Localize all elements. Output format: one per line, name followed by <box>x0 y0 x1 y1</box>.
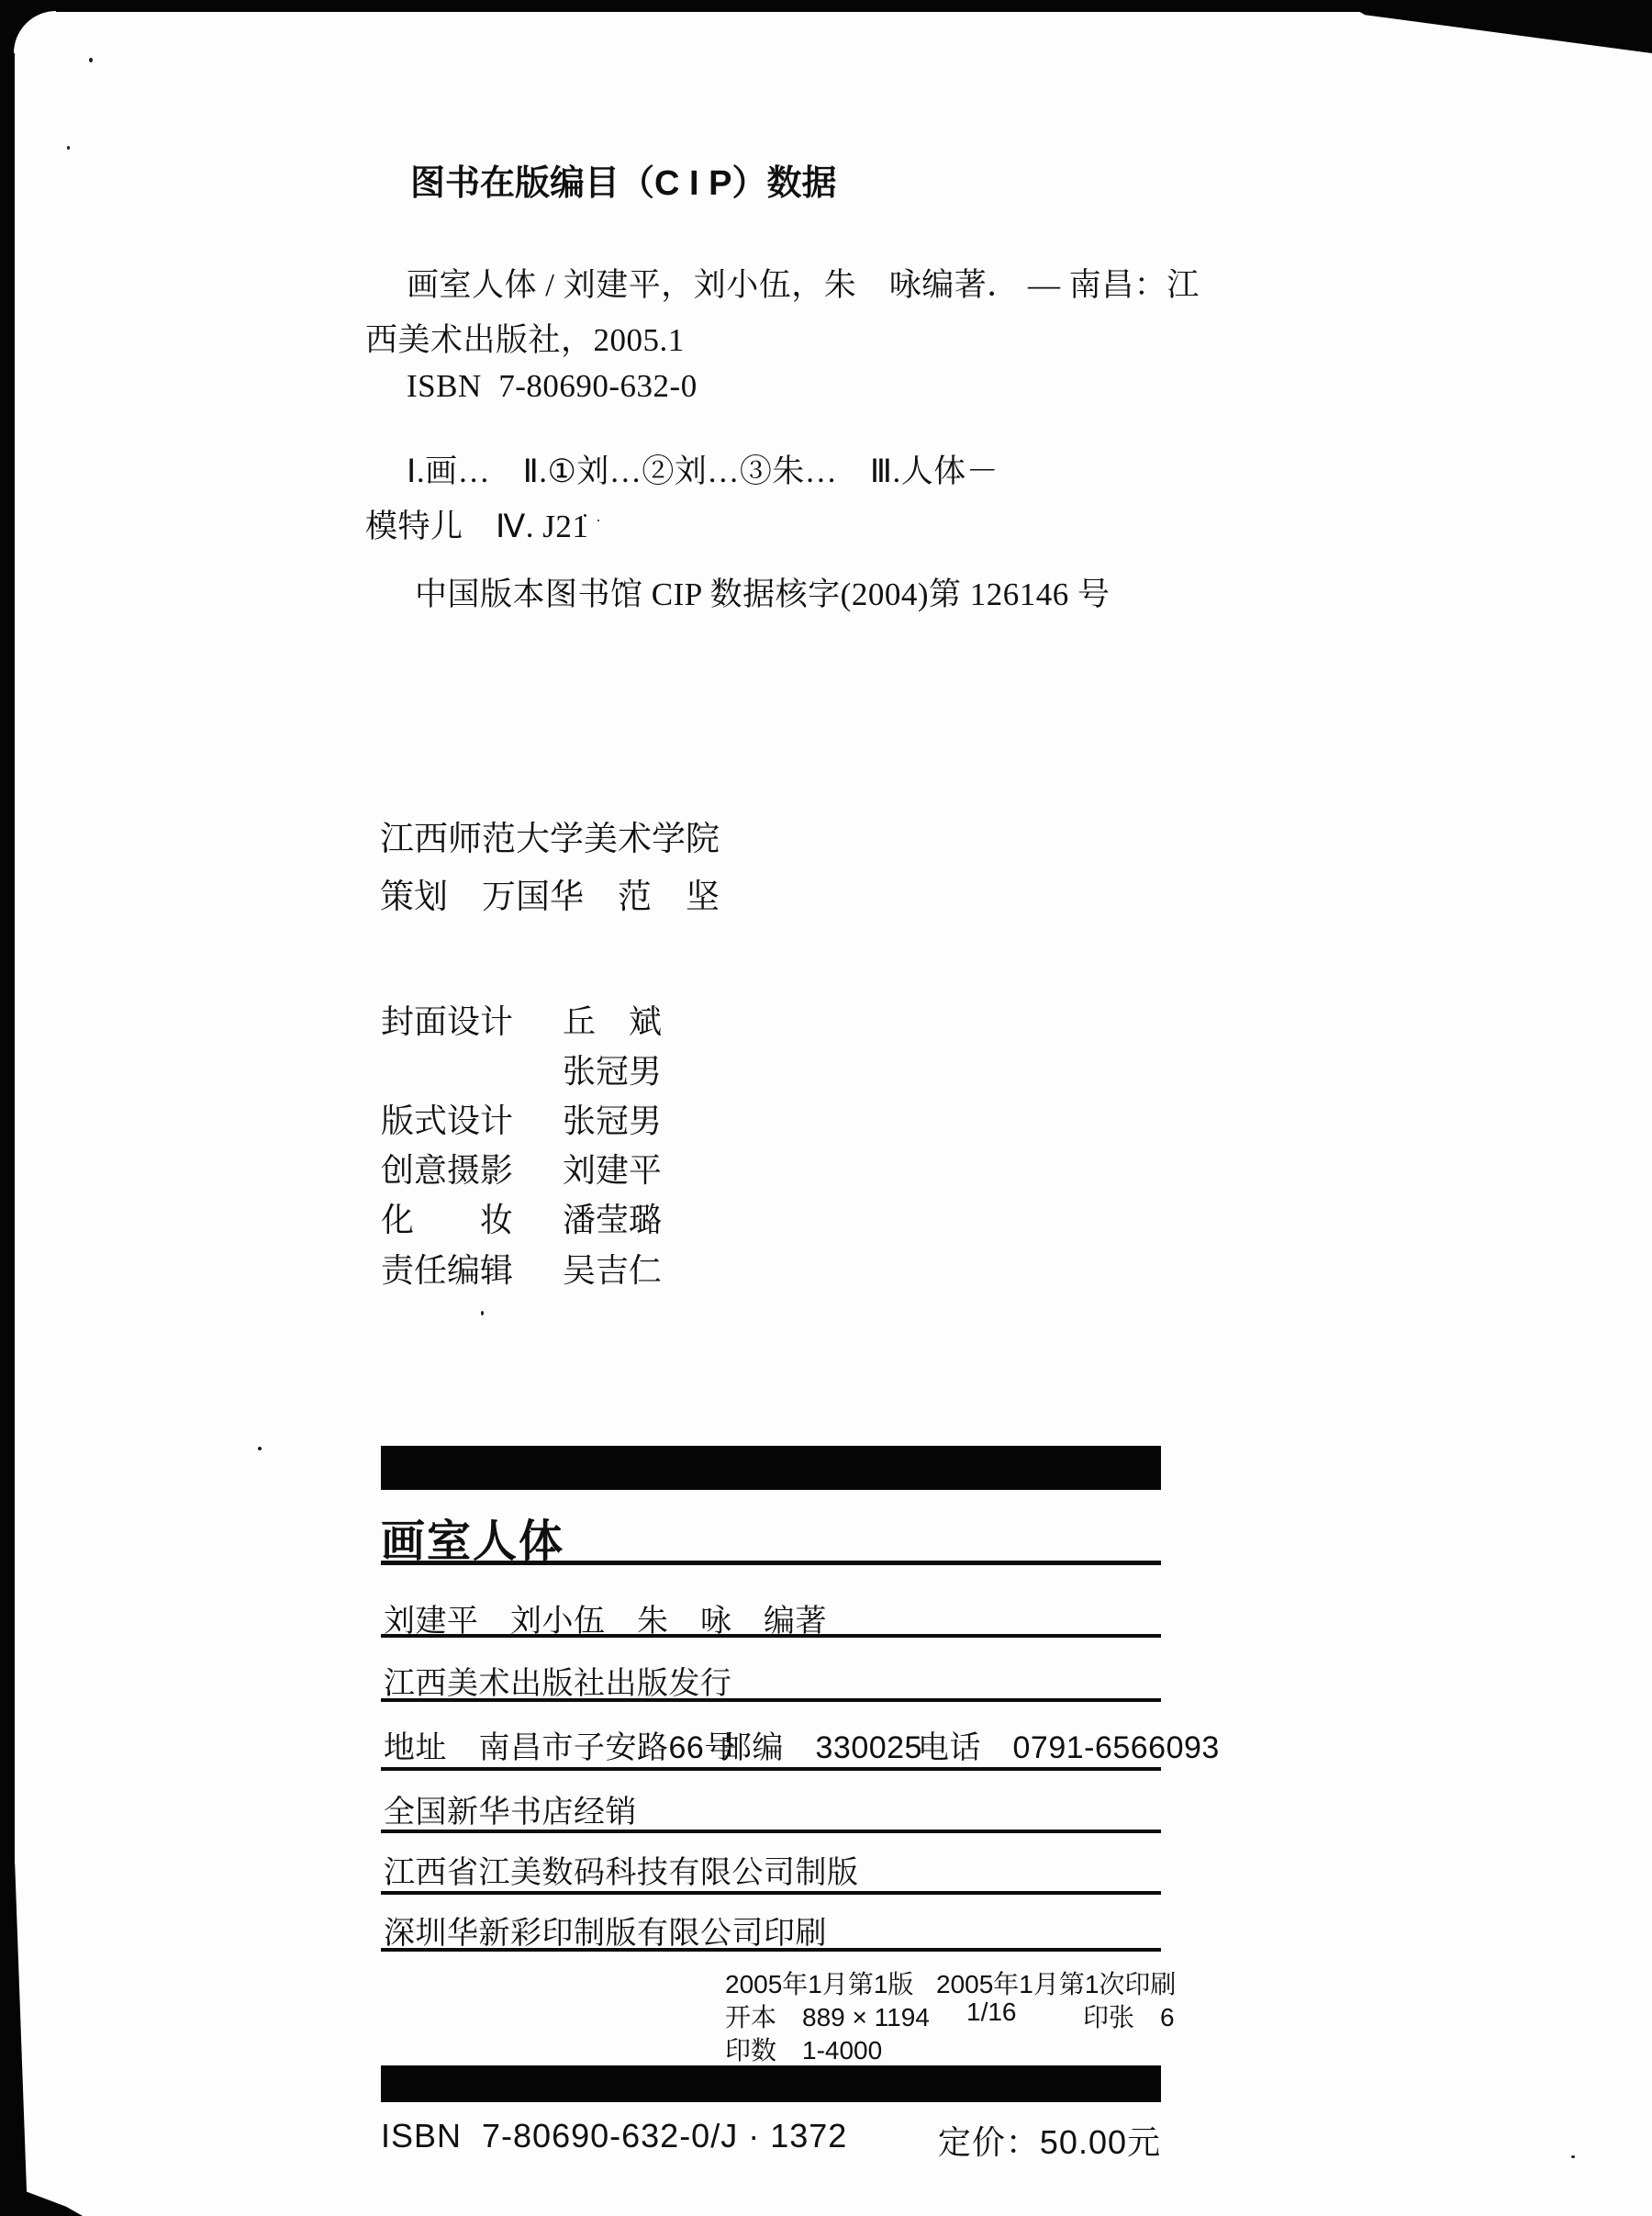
credit-label: 化 妆 <box>381 1194 563 1241</box>
credit-label: 封面设计 <box>381 996 563 1043</box>
credit-label: 版式设计 <box>381 1095 563 1142</box>
print-run: 印数 1-4000 <box>725 2031 882 2067</box>
colophon-black-bar-bottom <box>381 2065 1161 2102</box>
edition: 2005年1月第1版 <box>725 1964 913 2001</box>
publisher-address: 地址 南昌市子安路66号 <box>384 1722 736 1767</box>
credit-row-cover-design: 封面设计 丘 斌 <box>381 996 662 1043</box>
divider-rule <box>381 1767 1161 1771</box>
scan-corner-top-left <box>14 11 56 53</box>
divider-rule <box>381 1561 1161 1565</box>
cip-entry-line-1: 画室人体 / 刘建平，刘小伍，朱 咏编著． — 南昌：江 <box>407 260 1200 306</box>
credit-row-makeup: 化 妆 潘莹璐 <box>381 1194 662 1241</box>
price: 定价：50.00元 <box>938 2117 1161 2164</box>
publisher-postcode: 邮编 330025 <box>720 1722 922 1767</box>
credit-row-editor: 责任编辑 吴吉仁 <box>381 1245 662 1292</box>
isbn-code: ISBN 7-80690-632-0/J · 1372 <box>381 2117 847 2155</box>
colophon-distribution: 全国新华书店经销 <box>384 1786 637 1831</box>
credit-row-photography: 创意摄影 刘建平 <box>381 1145 662 1192</box>
colophon-black-bar-top <box>381 1446 1161 1490</box>
scan-edge-top-right-wedge <box>1340 0 1652 53</box>
fraction: 1/16 <box>966 1998 1017 2027</box>
credit-name: 张冠男 <box>563 1046 662 1092</box>
divider-rule <box>381 1891 1161 1895</box>
credit-label: 责任编辑 <box>381 1245 563 1292</box>
planning-line: 策划 万国华 范 坚 <box>380 868 720 918</box>
credit-name: 吴吉仁 <box>563 1245 662 1292</box>
credit-label: 创意摄影 <box>381 1145 563 1192</box>
divider-rule <box>381 1698 1161 1702</box>
cip-entry-line-2: 西美术出版社，2005.1 <box>365 315 685 361</box>
credit-row-layout-design: 版式设计 张冠男 <box>381 1095 662 1142</box>
cip-isbn: ISBN 7-80690-632-0 <box>407 368 698 405</box>
scan-blob-bottom-left <box>0 2185 83 2216</box>
divider-rule <box>381 1948 1161 1952</box>
publisher-telephone: 电话 0791-6566093 <box>918 1722 1220 1767</box>
college-line: 江西师范大学美术学院 <box>380 811 720 860</box>
divider-rule <box>381 1830 1161 1833</box>
scan-speck <box>67 146 70 150</box>
scan-speck <box>89 58 93 62</box>
cip-classification-line-2: 模特儿 Ⅳ. J21 <box>365 501 588 547</box>
cip-classification-line-1: Ⅰ.画… Ⅱ.①刘…②刘…③朱… Ⅲ.人体－ <box>407 446 999 492</box>
cip-record-number: 中国版本图书馆 CIP 数据核字(2004)第 126146 号 <box>415 569 1110 615</box>
cip-heading: 图书在版编目（C I P）数据 <box>410 154 836 205</box>
divider-rule <box>381 1634 1161 1638</box>
credit-row-cover-design-2: 张冠男 <box>381 1046 662 1092</box>
scan-page: 图书在版编目（C I P）数据 画室人体 / 刘建平，刘小伍，朱 咏编著． — … <box>0 0 1652 2216</box>
credit-name: 刘建平 <box>563 1145 662 1192</box>
scan-edge-left-bottom <box>0 1863 28 2216</box>
credit-label <box>381 1046 563 1092</box>
credit-name: 丘 斌 <box>563 996 662 1043</box>
scan-speck <box>597 520 599 521</box>
credit-name: 潘莹璐 <box>563 1194 662 1241</box>
impression: 2005年1月第1次印刷 <box>936 1964 1176 2001</box>
credit-name: 张冠男 <box>563 1095 662 1142</box>
format: 开本 889 × 1194 <box>725 1998 930 2034</box>
scan-speck <box>1571 2155 1575 2158</box>
scan-speck <box>481 1311 484 1315</box>
colophon-printing: 深圳华新彩印制版有限公司印刷 <box>384 1908 827 1953</box>
colophon-platemaking: 江西省江美数码科技有限公司制版 <box>384 1847 859 1892</box>
scan-speck <box>258 1447 262 1450</box>
sheets: 印张 6 <box>1083 1998 1175 2034</box>
book-title: 画室人体 <box>381 1505 564 1569</box>
colophon-publisher: 江西美术出版社出版发行 <box>384 1658 732 1703</box>
